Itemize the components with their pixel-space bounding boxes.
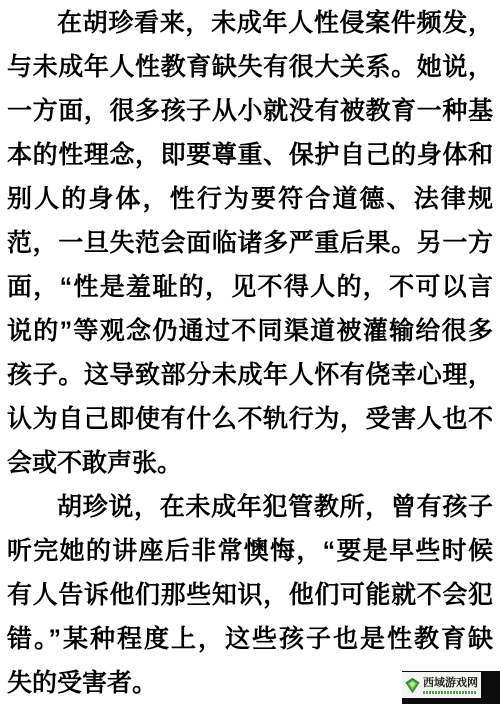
text-line: 胡珍说，在未成年犯管教所，曾有孩子 bbox=[7, 485, 493, 529]
text-line: 会或不敢声张。 bbox=[7, 441, 493, 485]
article-page: 在胡珍看来，未成年人性侵案件频发，与未成年人性教育缺失有很大关系。她说，一方面，… bbox=[0, 0, 500, 704]
text-line: 别人的身体，性行为要符合道德、法律规 bbox=[7, 177, 493, 221]
text-line: 有人告诉他们那些知识，他们可能就不会犯 bbox=[7, 573, 493, 617]
text-line: 与未成年人性教育缺失有很大关系。她说， bbox=[7, 45, 493, 89]
watermark-text-column: 西域游戏网 bbox=[423, 677, 478, 694]
text-line: 说的”等观念仍通过不同渠道被灌输给很多 bbox=[7, 309, 493, 353]
watermark-site-name: 西域游戏网 bbox=[423, 677, 478, 690]
text-line: 面，“性是羞耻的，见不得人的，不可以言 bbox=[7, 265, 493, 309]
text-line: 本的性理念，即要尊重、保护自己的身体和 bbox=[7, 133, 493, 177]
text-line: 认为自己即使有什么不轨行为，受害人也不 bbox=[7, 397, 493, 441]
text-line: 范，一旦失范会面临诸多严重后果。另一方 bbox=[7, 221, 493, 265]
text-line: 在胡珍看来，未成年人性侵案件频发， bbox=[7, 1, 493, 45]
gem-icon bbox=[404, 677, 421, 694]
text-line: 孩子。这导致部分未成年人怀有侥幸心理， bbox=[7, 353, 493, 397]
text-line: 一方面，很多孩子从小就没有被教育一种基 bbox=[7, 89, 493, 133]
watermark-subtext-bar bbox=[423, 691, 477, 694]
article-text: 在胡珍看来，未成年人性侵案件频发，与未成年人性教育缺失有很大关系。她说，一方面，… bbox=[0, 0, 500, 704]
watermark: 西域游戏网 bbox=[402, 671, 500, 704]
text-line: 错。”某种程度上，这些孩子也是性教育缺 bbox=[7, 617, 493, 661]
watermark-label: 西域游戏网 bbox=[402, 672, 481, 698]
text-line: 听完她的讲座后非常懊悔，“要是早些时候 bbox=[7, 529, 493, 573]
